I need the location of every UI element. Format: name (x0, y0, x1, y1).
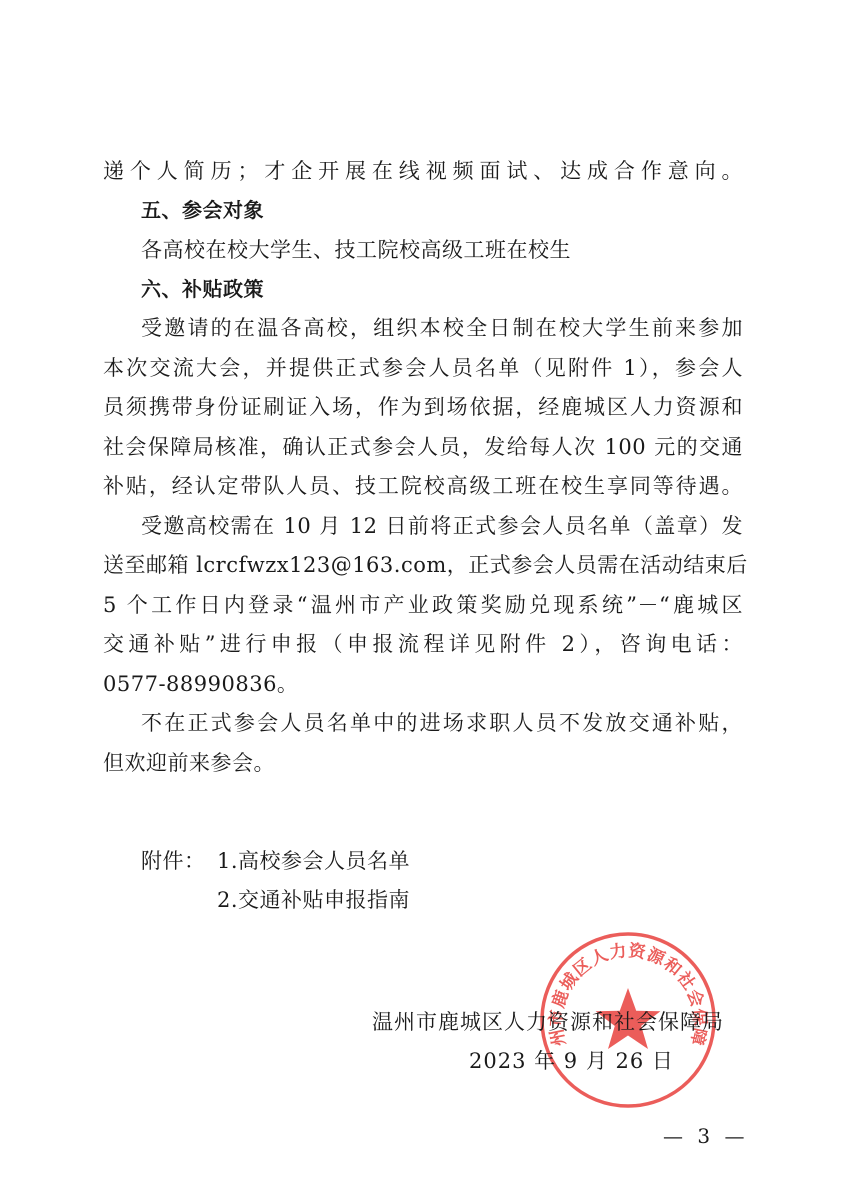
body-line: 各高校在校大学生、技工院校高级工班在校生 (141, 236, 571, 264)
issuing-organization: 温州市鹿城区人力资源和社会保障局 (372, 1008, 724, 1036)
body-line: 受邀请的在温各高校，组织本校全日制在校大学生前来参加 (141, 314, 743, 342)
page-number: — 3 — (663, 1124, 748, 1148)
body-line: 员须携带身份证刷证入场，作为到场依据，经鹿城区人力资源和 (103, 393, 743, 421)
section-heading-6: 六、补贴政策 (141, 275, 264, 303)
body-line: 递个人简历；才企开展在线视频面试、达成合作意向。 (103, 157, 743, 185)
body-line: 补贴，经认定带队人员、技工院校高级工班在校生享同等待遇。 (103, 472, 743, 500)
body-line: 不在正式参会人员名单中的进场求职人员不发放交通补贴， (141, 709, 743, 737)
attachments-label: 附件： (141, 847, 206, 875)
body-line: 社会保障局核准，确认正式参会人员，发给每人次 100 元的交通 (103, 433, 743, 461)
body-line: 送至邮箱 lcrcfwzx123@163.com，正式参会人员需在活动结束后 (103, 551, 743, 579)
body-line: 交通补贴”进行申报（申报流程详见附件 2），咨询电话： (103, 630, 743, 658)
issue-date: 2023 年 9 月 26 日 (469, 1047, 674, 1075)
body-line: 本次交流大会，并提供正式参会人员名单（见附件 1），参会人 (103, 354, 743, 382)
phone-number: 0577-88990836。 (103, 670, 298, 698)
attachment-item: 2.交通补贴申报指南 (217, 886, 410, 914)
section-heading-5: 五、参会对象 (141, 196, 264, 224)
attachment-item: 1.高校参会人员名单 (217, 847, 410, 875)
body-line: 但欢迎前来参会。 (103, 749, 275, 777)
body-line: 5 个工作日内登录“温州市产业政策奖励兑现系统”－“鹿城区 (103, 591, 743, 619)
body-line: 受邀高校需在 10 月 12 日前将正式参会人员名单（盖章）发 (141, 512, 743, 540)
